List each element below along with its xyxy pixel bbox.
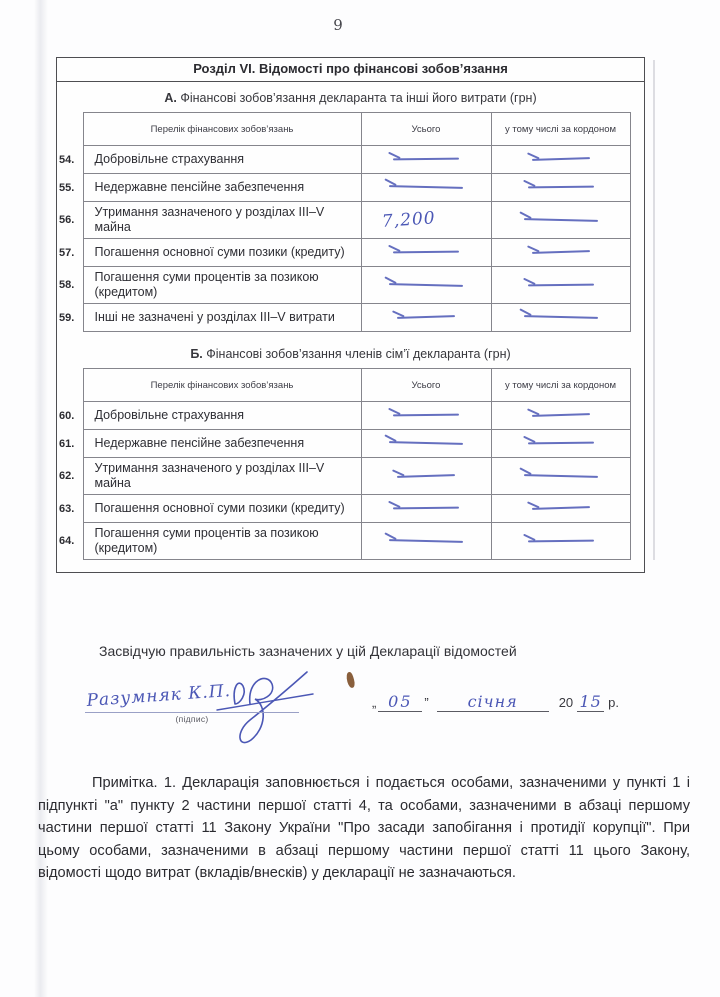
table-header-row: Перелік фінансових зобов’язаньУсьогоу то… bbox=[57, 113, 630, 146]
obligation-row: 61.Недержавне пенсійне забезпечення bbox=[57, 430, 630, 458]
obligation-row: 54.Добровільне страхування bbox=[57, 146, 630, 174]
total-value-cell bbox=[361, 146, 491, 174]
date-year-handwritten: 15 bbox=[579, 692, 601, 711]
row-number: 60. bbox=[57, 402, 83, 430]
handwritten-dash bbox=[393, 251, 459, 254]
row-number: 58. bbox=[57, 267, 83, 304]
part-a-letter: А. bbox=[164, 91, 177, 105]
handwritten-dash bbox=[393, 158, 459, 161]
obligation-row: 59.Інші не зазначені у розділах III–V ви… bbox=[57, 304, 630, 332]
table-header-row: Перелік фінансових зобов’язаньУсьогоу то… bbox=[57, 369, 630, 402]
total-value-cell bbox=[361, 239, 491, 267]
total-value-cell bbox=[361, 402, 491, 430]
column-header: у тому числі за кордоном bbox=[491, 369, 630, 402]
row-number-header bbox=[57, 369, 83, 402]
obligation-label: Недержавне пенсійне забезпечення bbox=[83, 174, 361, 202]
obligation-row: 64.Погашення суми процентів за позикою (… bbox=[57, 523, 630, 560]
abroad-value-cell bbox=[491, 523, 630, 560]
obligations-table-family: Перелік фінансових зобов’язаньУсьогоу то… bbox=[57, 368, 631, 560]
abroad-value-cell bbox=[491, 239, 630, 267]
obligation-row: 60.Добровільне страхування bbox=[57, 402, 630, 430]
total-value-cell bbox=[361, 495, 491, 523]
handwritten-dash bbox=[531, 250, 589, 254]
row-number: 57. bbox=[57, 239, 83, 267]
row-number: 55. bbox=[57, 174, 83, 202]
handwritten-dash bbox=[393, 507, 459, 510]
total-value-cell bbox=[361, 523, 491, 560]
obligation-row: 62.Утримання зазначеного у розділах III–… bbox=[57, 458, 630, 495]
row-number: 62. bbox=[57, 458, 83, 495]
part-b-title-text: Фінансові зобов’язання членів сім’ї декл… bbox=[206, 347, 510, 361]
obligation-row: 57.Погашення основної суми позики (креди… bbox=[57, 239, 630, 267]
total-value-cell bbox=[361, 430, 491, 458]
signature-caption: (підпис) bbox=[85, 714, 299, 724]
total-value-cell: 7,200 bbox=[361, 202, 491, 239]
obligation-row: 55.Недержавне пенсійне забезпечення bbox=[57, 174, 630, 202]
page-number: 9 bbox=[326, 16, 350, 34]
abroad-value-cell bbox=[491, 267, 630, 304]
date-month-handwritten: січня bbox=[468, 692, 518, 711]
column-header: Усього bbox=[361, 369, 491, 402]
part-a-title-text: Фінансові зобов’язання декларанта та інш… bbox=[180, 91, 536, 105]
handwritten-dash bbox=[531, 157, 589, 161]
handwritten-dash bbox=[389, 185, 463, 189]
column-header: Перелік фінансових зобов’язань bbox=[83, 369, 361, 402]
obligation-label: Утримання зазначеного у розділах III–V м… bbox=[83, 458, 361, 495]
date-century: 20 bbox=[559, 695, 573, 710]
part-a-title: А. Фінансові зобов’язання декларанта та … bbox=[57, 91, 644, 105]
column-header: Перелік фінансових зобов’язань bbox=[83, 113, 361, 146]
obligation-label: Утримання зазначеного у розділах III–V м… bbox=[83, 202, 361, 239]
abroad-value-cell bbox=[491, 146, 630, 174]
date-area: „05”січня2015р. bbox=[372, 692, 619, 712]
obligation-label: Погашення основної суми позики (кредиту) bbox=[83, 495, 361, 523]
handwritten-dash bbox=[389, 283, 463, 287]
section-title: Розділ VI. Відомості про фінансові зобов… bbox=[57, 58, 644, 82]
handwritten-dash bbox=[523, 474, 597, 478]
handwritten-amount: 7,200 bbox=[381, 208, 436, 232]
handwritten-dash bbox=[523, 218, 597, 222]
obligation-label: Інші не зазначені у розділах III–V витра… bbox=[83, 304, 361, 332]
part-b-title: Б. Фінансові зобов’язання членів сім’ї д… bbox=[57, 347, 644, 361]
abroad-value-cell bbox=[491, 304, 630, 332]
obligation-row: 56.Утримання зазначеного у розділах III–… bbox=[57, 202, 630, 239]
obligation-label: Добровільне страхування bbox=[83, 146, 361, 174]
row-number: 54. bbox=[57, 146, 83, 174]
row-number: 64. bbox=[57, 523, 83, 560]
abroad-value-cell bbox=[491, 458, 630, 495]
obligation-row: 58.Погашення суми процентів за позикою (… bbox=[57, 267, 630, 304]
row-number: 59. bbox=[57, 304, 83, 332]
abroad-value-cell bbox=[491, 430, 630, 458]
row-number: 56. bbox=[57, 202, 83, 239]
obligation-label: Недержавне пенсійне забезпечення bbox=[83, 430, 361, 458]
date-close-quote: ” bbox=[424, 695, 428, 710]
handwritten-dash bbox=[527, 442, 593, 445]
handwritten-dash bbox=[527, 539, 593, 542]
total-value-cell bbox=[361, 458, 491, 495]
column-header: Усього bbox=[361, 113, 491, 146]
date-day-handwritten: 05 bbox=[388, 692, 412, 711]
abroad-value-cell bbox=[491, 202, 630, 239]
obligation-row: 63.Погашення основної суми позики (креди… bbox=[57, 495, 630, 523]
handwritten-dash bbox=[389, 539, 463, 543]
date-open-quote: „ bbox=[372, 695, 376, 710]
abroad-value-cell bbox=[491, 174, 630, 202]
handwritten-dash bbox=[527, 283, 593, 286]
obligation-label: Погашення основної суми позики (кредиту) bbox=[83, 239, 361, 267]
scanned-declaration-page: 9 Розділ VI. Відомості про фінансові зоб… bbox=[0, 0, 720, 997]
row-number: 63. bbox=[57, 495, 83, 523]
handwritten-dash bbox=[523, 315, 597, 319]
date-era-label: р. bbox=[608, 695, 619, 710]
obligations-table-declarant: Перелік фінансових зобов’язаньУсьогоу то… bbox=[57, 112, 631, 332]
handwritten-dash bbox=[389, 441, 463, 445]
handwritten-dash bbox=[531, 506, 589, 510]
row-number-header bbox=[57, 113, 83, 146]
ink-stain bbox=[345, 671, 356, 688]
abroad-value-cell bbox=[491, 402, 630, 430]
part-b-letter: Б. bbox=[190, 347, 202, 361]
handwritten-dash bbox=[527, 186, 593, 189]
handwritten-dash bbox=[397, 315, 455, 319]
obligation-label: Погашення суми процентів за позикою (кре… bbox=[83, 267, 361, 304]
column-header: у тому числі за кордоном bbox=[491, 113, 630, 146]
obligation-label: Добровільне страхування bbox=[83, 402, 361, 430]
handwritten-dash bbox=[397, 474, 455, 478]
total-value-cell bbox=[361, 174, 491, 202]
signature-area: Разумняк К.П. (підпис) bbox=[85, 664, 345, 754]
total-value-cell bbox=[361, 304, 491, 332]
total-value-cell bbox=[361, 267, 491, 304]
signature-line bbox=[85, 712, 299, 713]
abroad-value-cell bbox=[491, 495, 630, 523]
signature-paraph-loop bbox=[234, 683, 244, 704]
attestation-statement: Засвідчую правильність зазначених у цій … bbox=[99, 643, 517, 659]
note-paragraph: Примітка. 1. Декларація заповнюється і п… bbox=[38, 772, 690, 885]
handwritten-dash bbox=[393, 414, 459, 417]
section-vi-box: Розділ VI. Відомості про фінансові зобов… bbox=[56, 57, 645, 573]
scan-artifact-line bbox=[653, 60, 655, 560]
handwritten-dash bbox=[531, 413, 589, 417]
obligation-label: Погашення суми процентів за позикою (кре… bbox=[83, 523, 361, 560]
signature-name-text: Разумняк К.П. bbox=[85, 681, 232, 711]
row-number: 61. bbox=[57, 430, 83, 458]
signature-paraph-flourish bbox=[240, 672, 307, 743]
